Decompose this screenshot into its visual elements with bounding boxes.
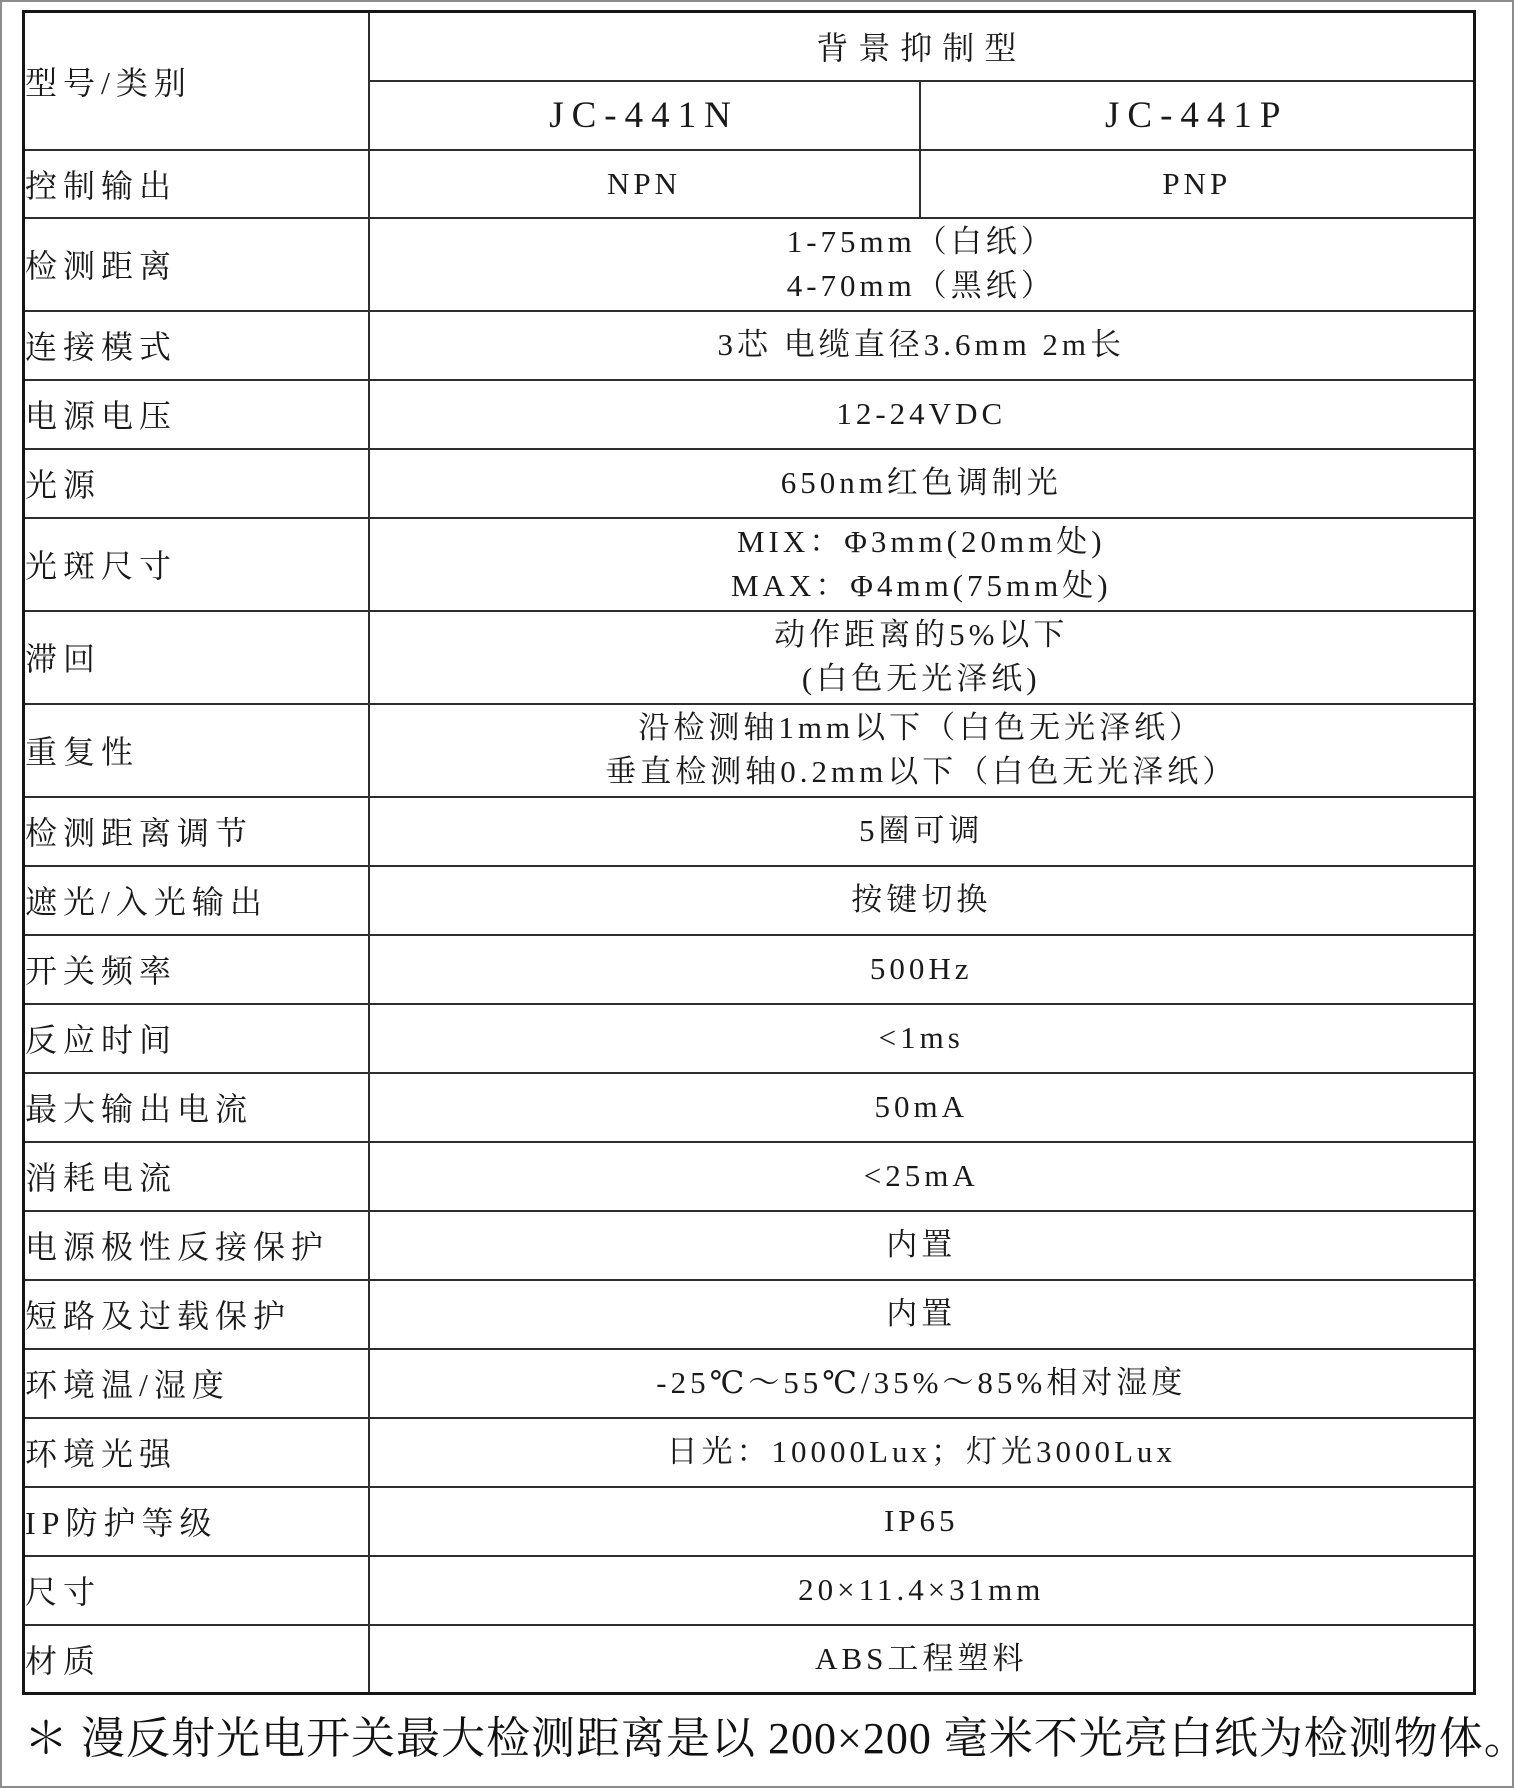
spec-row: 光斑尺寸MIX：Φ3mm(20mm处)MAX：Φ4mm(75mm处) xyxy=(24,518,1475,611)
spec-row-label: 检测距离 xyxy=(24,218,369,311)
spec-row: 尺寸20×11.4×31mm xyxy=(24,1556,1475,1625)
spec-row-value: 动作距离的5%以下(白色无光泽纸) xyxy=(369,611,1475,704)
spec-value-line: 500Hz xyxy=(370,947,1474,991)
spec-row: 环境温/湿度-25℃～55℃/35%～85%相对湿度 xyxy=(24,1349,1475,1418)
header-row-type: 型号/类别 背景抑制型 xyxy=(24,12,1475,81)
spec-row-value: MIX：Φ3mm(20mm处)MAX：Φ4mm(75mm处) xyxy=(369,518,1475,611)
spec-row: IP防护等级IP65 xyxy=(24,1487,1475,1556)
spec-row: 短路及过载保护内置 xyxy=(24,1280,1475,1349)
spec-row: 光源650nm红色调制光 xyxy=(24,449,1475,518)
spec-row-label: 最大输出电流 xyxy=(24,1073,369,1142)
spec-row-label: 尺寸 xyxy=(24,1556,369,1625)
spec-row-value: 5圈可调 xyxy=(369,797,1475,866)
spec-row-value: <1ms xyxy=(369,1004,1475,1073)
spec-value-line: 3芯 电缆直径3.6mm 2m长 xyxy=(370,323,1474,367)
spec-row-label: 检测距离调节 xyxy=(24,797,369,866)
spec-row: 材质ABS工程塑料 xyxy=(24,1625,1475,1694)
spec-row-value: 500Hz xyxy=(369,935,1475,1004)
spec-row-label: 滞回 xyxy=(24,611,369,704)
spec-row-value: 日光：10000Lux；灯光3000Lux xyxy=(369,1418,1475,1487)
footnote: ＊ 漫反射光电开关最大检测距离是以 200×200 毫米不光亮白纸为检测物体。 xyxy=(24,1702,1510,1766)
spec-row: 检测距离调节5圈可调 xyxy=(24,797,1475,866)
spec-value-line: 垂直检测轴0.2mm以下（白色无光泽纸） xyxy=(370,750,1474,794)
spec-row-label: 短路及过载保护 xyxy=(24,1280,369,1349)
spec-row-label: 环境温/湿度 xyxy=(24,1349,369,1418)
spec-row-value: IP65 xyxy=(369,1487,1475,1556)
spec-value-line: -25℃～55℃/35%～85%相对湿度 xyxy=(370,1361,1474,1405)
spec-row-label: 光斑尺寸 xyxy=(24,518,369,611)
spec-row-label: 连接模式 xyxy=(24,311,369,380)
spec-row-value: 内置 xyxy=(369,1211,1475,1280)
spec-value-line: 20×11.4×31mm xyxy=(370,1568,1474,1612)
spec-row: 遮光/入光输出按键切换 xyxy=(24,866,1475,935)
spec-value-line: 动作距离的5%以下 xyxy=(370,613,1474,657)
spec-value-line: 5圈可调 xyxy=(370,809,1474,853)
spec-row-label: 电源极性反接保护 xyxy=(24,1211,369,1280)
spec-value-line: 4-70mm（黑纸） xyxy=(370,264,1474,308)
spec-value-line: MIX：Φ3mm(20mm处) xyxy=(370,520,1474,564)
spec-row-label: 材质 xyxy=(24,1625,369,1694)
spec-row: 连接模式3芯 电缆直径3.6mm 2m长 xyxy=(24,311,1475,380)
spec-row-value: 12-24VDC xyxy=(369,380,1475,449)
spec-value-line: IP65 xyxy=(370,1499,1474,1543)
spec-row-label: 消耗电流 xyxy=(24,1142,369,1211)
spec-row: 电源电压12-24VDC xyxy=(24,380,1475,449)
model-category-label: 型号/类别 xyxy=(24,12,369,150)
spec-value-line: (白色无光泽纸) xyxy=(370,657,1474,701)
spec-row-label: 环境光强 xyxy=(24,1418,369,1487)
spec-value-line: 内置 xyxy=(370,1223,1474,1267)
spec-row: 消耗电流<25mA xyxy=(24,1142,1475,1211)
spec-row-value: 内置 xyxy=(369,1280,1475,1349)
model-name-jc441n: JC-441N xyxy=(369,81,920,150)
spec-row-label: 电源电压 xyxy=(24,380,369,449)
control-output-npn: NPN xyxy=(369,150,920,218)
spec-row: 最大输出电流50mA xyxy=(24,1073,1475,1142)
model-name-jc441p: JC-441P xyxy=(920,81,1475,150)
spec-value-line: <25mA xyxy=(370,1154,1474,1198)
spec-row-label: 反应时间 xyxy=(24,1004,369,1073)
spec-value-line: 日光：10000Lux；灯光3000Lux xyxy=(370,1430,1474,1474)
spec-value-line: MAX：Φ4mm(75mm处) xyxy=(370,564,1474,608)
control-output-label: 控制输出 xyxy=(24,150,369,218)
spec-row: 开关频率500Hz xyxy=(24,935,1475,1004)
control-output-pnp: PNP xyxy=(920,150,1475,218)
spec-row: 电源极性反接保护内置 xyxy=(24,1211,1475,1280)
spec-row-label: 重复性 xyxy=(24,704,369,797)
spec-row-label: IP防护等级 xyxy=(24,1487,369,1556)
spec-row: 检测距离1-75mm（白纸）4-70mm（黑纸） xyxy=(24,218,1475,311)
spec-row-value: ABS工程塑料 xyxy=(369,1625,1475,1694)
spec-sheet-page: 型号/类别 背景抑制型 JC-441N JC-441P 控制输出 NPN PNP… xyxy=(0,0,1514,1788)
spec-row-value: 20×11.4×31mm xyxy=(369,1556,1475,1625)
spec-row-value: 1-75mm（白纸）4-70mm（黑纸） xyxy=(369,218,1475,311)
spec-value-line: ABS工程塑料 xyxy=(370,1637,1474,1681)
spec-value-line: 沿检测轴1mm以下（白色无光泽纸） xyxy=(370,706,1474,750)
spec-row-value: 3芯 电缆直径3.6mm 2m长 xyxy=(369,311,1475,380)
spec-row-label: 开关频率 xyxy=(24,935,369,1004)
spec-row-label: 遮光/入光输出 xyxy=(24,866,369,935)
spec-value-line: 50mA xyxy=(370,1085,1474,1129)
spec-value-line: 650nm红色调制光 xyxy=(370,461,1474,505)
sensor-type-header: 背景抑制型 xyxy=(369,12,1475,81)
spec-row-value: -25℃～55℃/35%～85%相对湿度 xyxy=(369,1349,1475,1418)
spec-value-line: 内置 xyxy=(370,1292,1474,1336)
spec-value-line: 按键切换 xyxy=(370,878,1474,922)
spec-row-label: 光源 xyxy=(24,449,369,518)
spec-row: 环境光强日光：10000Lux；灯光3000Lux xyxy=(24,1418,1475,1487)
sensor-spec-table: 型号/类别 背景抑制型 JC-441N JC-441P 控制输出 NPN PNP… xyxy=(22,10,1476,1695)
spec-value-line: <1ms xyxy=(370,1016,1474,1060)
spec-value-line: 1-75mm（白纸） xyxy=(370,220,1474,264)
spec-row-value: 50mA xyxy=(369,1073,1475,1142)
spec-value-line: 12-24VDC xyxy=(370,392,1474,436)
spec-row: 滞回动作距离的5%以下(白色无光泽纸) xyxy=(24,611,1475,704)
spec-row: 重复性沿检测轴1mm以下（白色无光泽纸）垂直检测轴0.2mm以下（白色无光泽纸） xyxy=(24,704,1475,797)
spec-row: 反应时间<1ms xyxy=(24,1004,1475,1073)
spec-row-value: 按键切换 xyxy=(369,866,1475,935)
spec-row-value: 沿检测轴1mm以下（白色无光泽纸）垂直检测轴0.2mm以下（白色无光泽纸） xyxy=(369,704,1475,797)
spec-row-value: 650nm红色调制光 xyxy=(369,449,1475,518)
control-output-row: 控制输出 NPN PNP xyxy=(24,150,1475,218)
spec-row-value: <25mA xyxy=(369,1142,1475,1211)
